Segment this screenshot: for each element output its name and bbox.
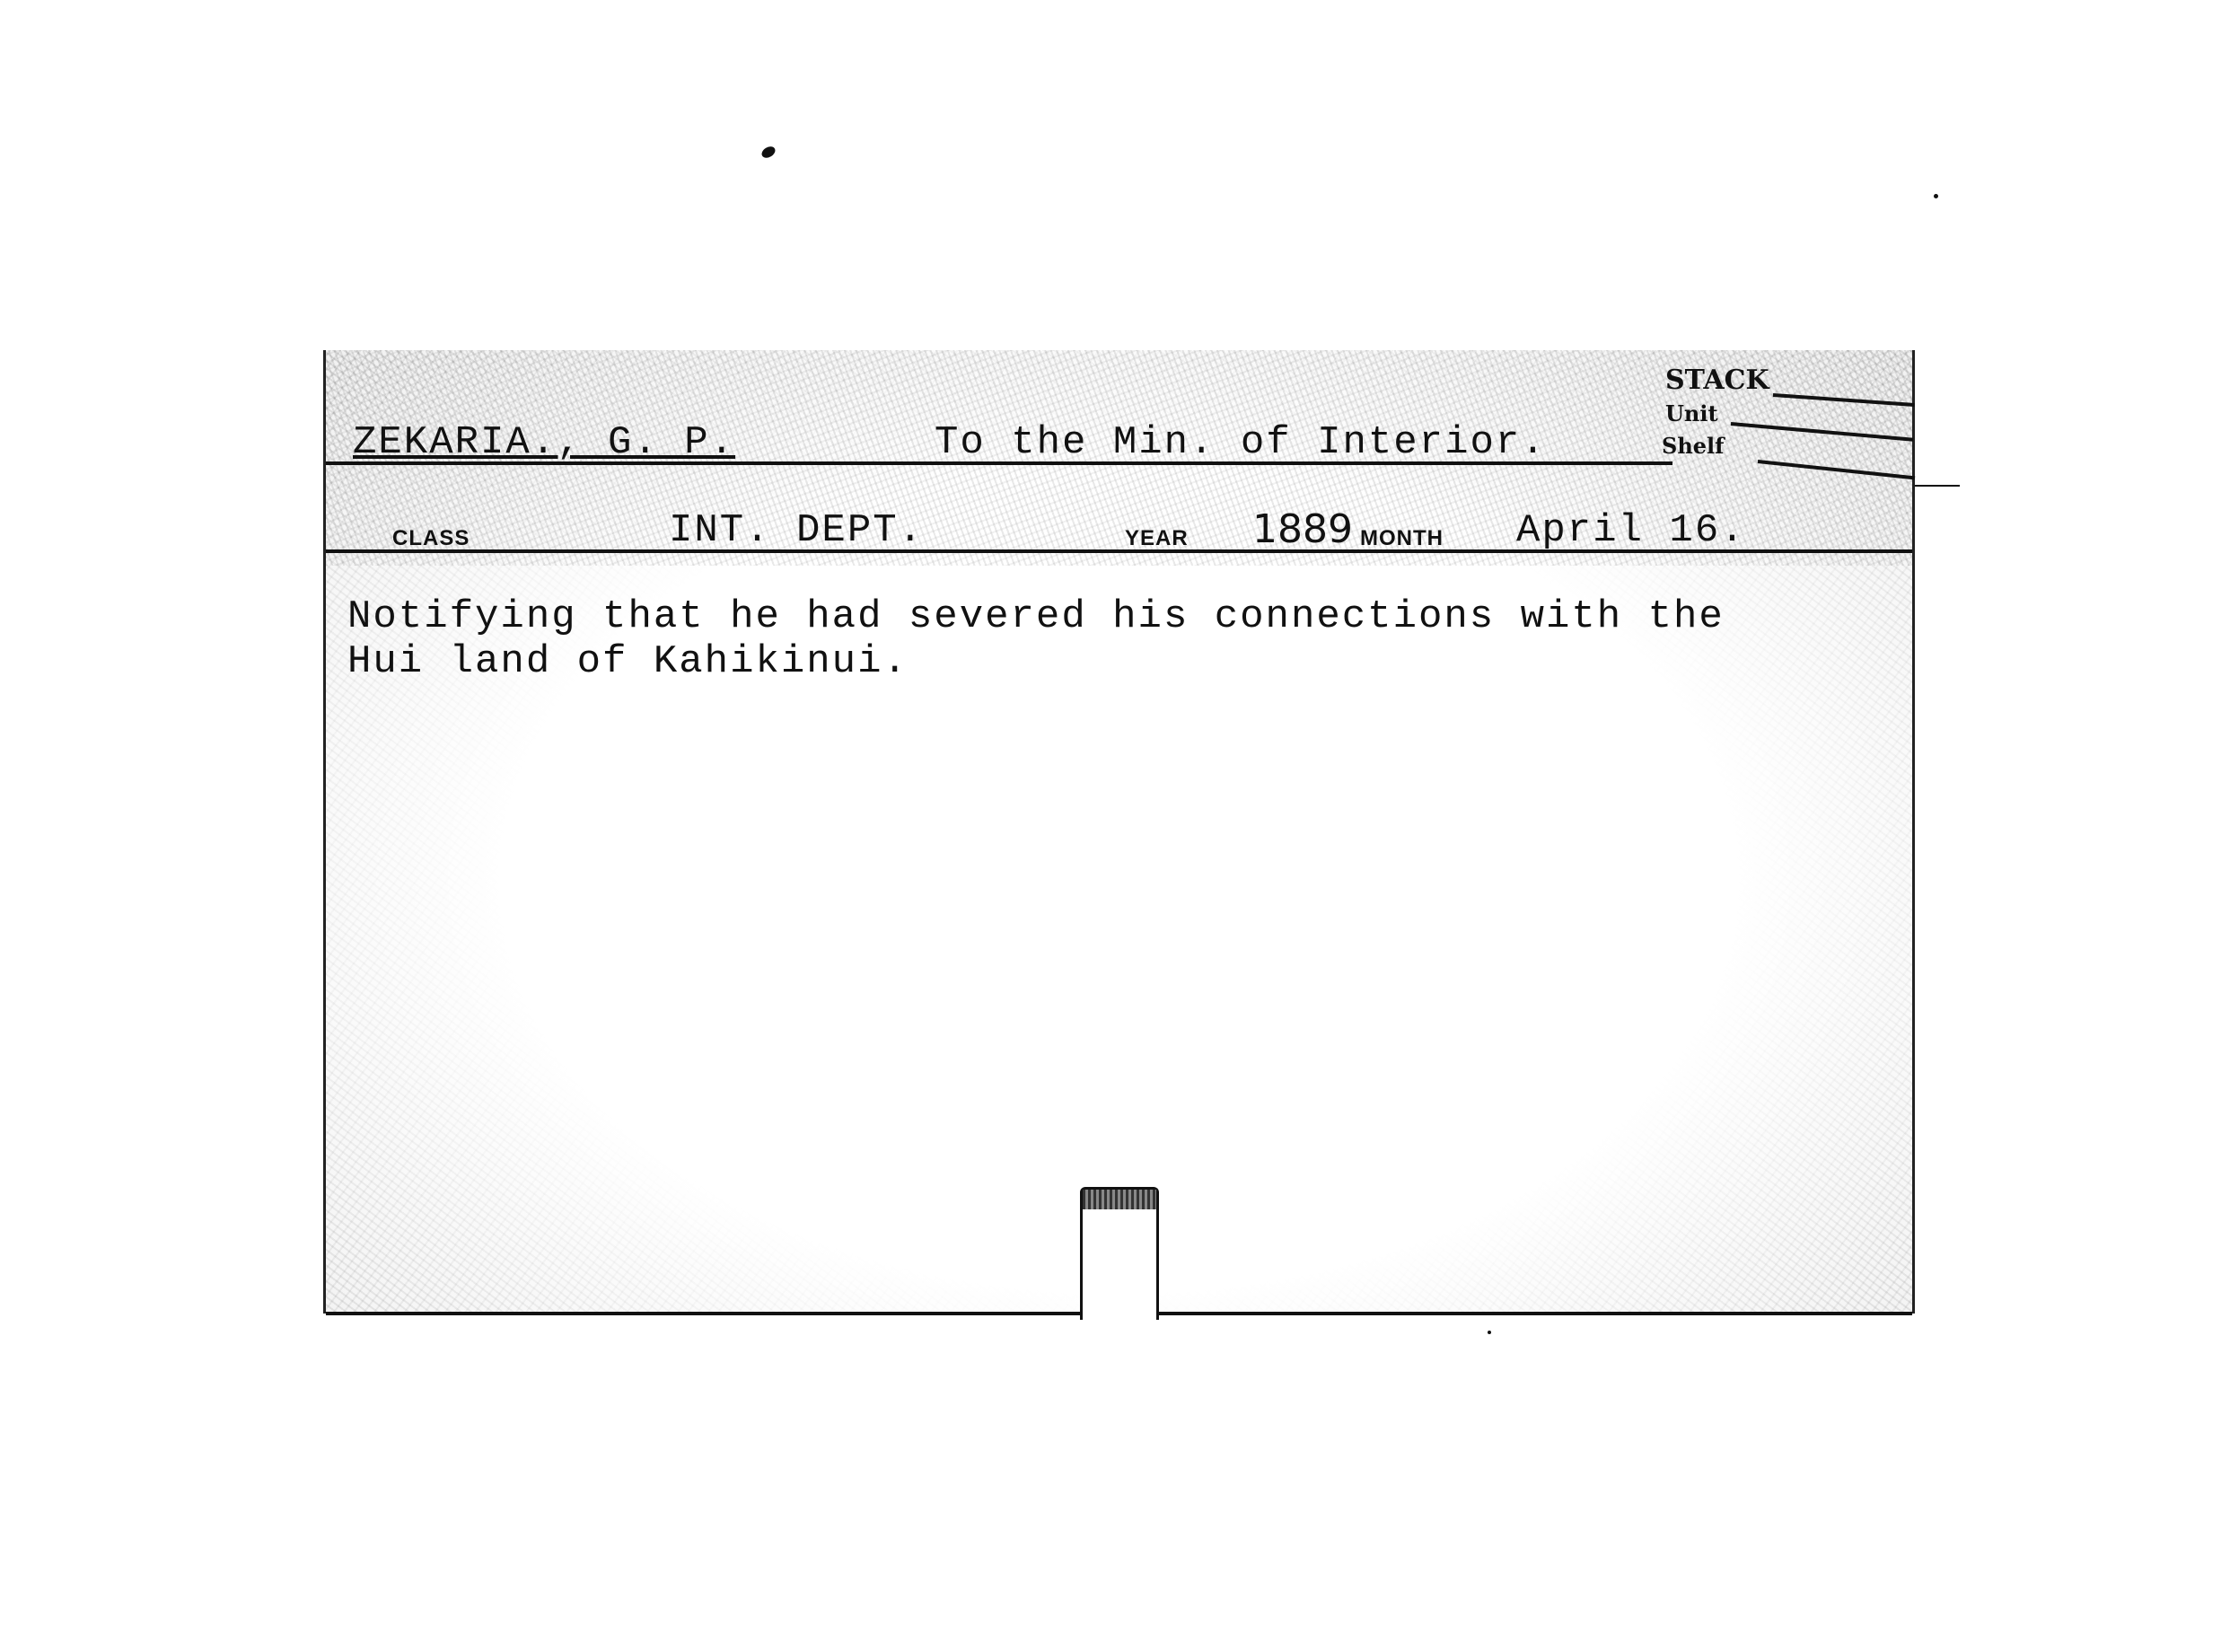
description: Notifying that he had severed his connec… [347, 594, 1725, 684]
class-label: CLASS [392, 526, 470, 551]
scan-speck [1934, 194, 1938, 198]
header-rule [326, 461, 1672, 465]
year-value: 1889 [1252, 506, 1353, 552]
class-rule [326, 549, 1912, 553]
class-value: INT. DEPT. [669, 508, 924, 553]
card-bottom-edge-right [1154, 1312, 1912, 1315]
card-bottom-edge-left [326, 1312, 1082, 1315]
rod-notch [1080, 1187, 1159, 1320]
description-line-2: Hui land of Kahikinui. [347, 639, 909, 684]
notch-cap [1083, 1190, 1156, 1209]
scan-speck [1488, 1331, 1491, 1334]
month-value: April 16. [1516, 508, 1746, 553]
description-line-1: Notifying that he had severed his connec… [347, 594, 1725, 639]
correspondent-name: ZEKARIA., G. P. [353, 420, 735, 465]
stack-label: STACK [1665, 365, 1769, 396]
year-label: YEAR [1125, 526, 1189, 551]
index-card: ZEKARIA., G. P. To the Min. of Interior.… [323, 350, 1915, 1314]
month-label: MONTH [1360, 526, 1444, 551]
recipient: To the Min. of Interior. [935, 420, 1547, 465]
shelf-label: Shelf [1662, 433, 1725, 459]
unit-label: Unit [1665, 400, 1718, 426]
shelf-tick [1915, 485, 1960, 487]
scan-speck [759, 145, 777, 161]
